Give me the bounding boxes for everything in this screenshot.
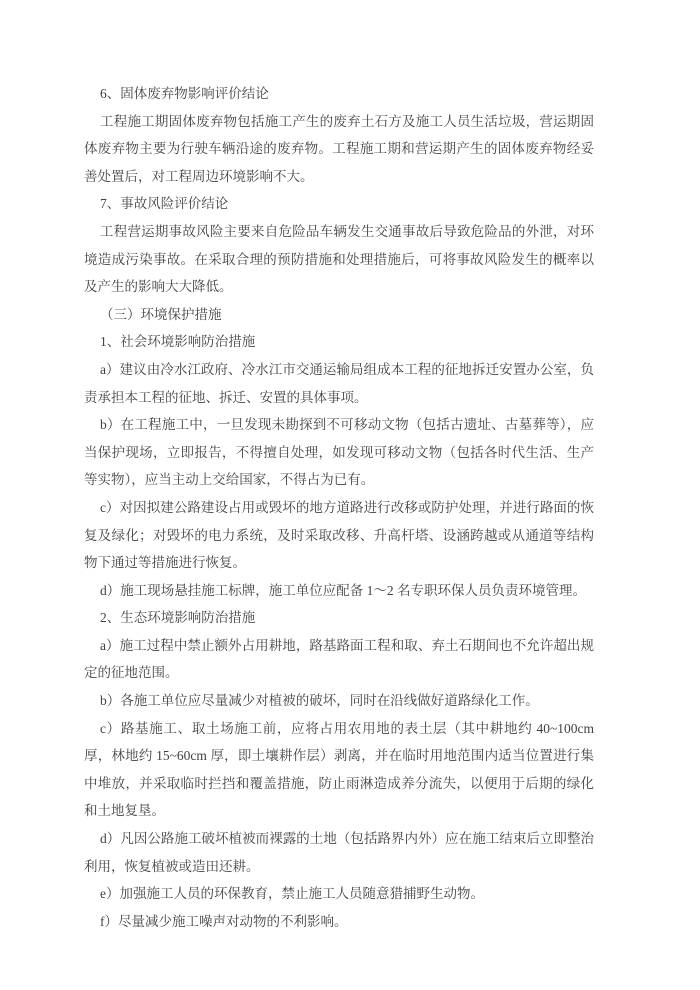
body-paragraph: d）凡因公路施工破坏植被而裸露的土地（包括路界内外）应在施工结束后立即整治利用，…	[84, 825, 594, 880]
body-paragraph: c）对因拟建公路建设占用或毁坏的地方道路进行改移或防护处理，并进行路面的恢复及绿…	[84, 494, 594, 577]
body-paragraph: b）各施工单位应尽量减少对植被的破坏，同时在沿线做好道路绿化工作。	[84, 687, 594, 715]
body-paragraph: d）施工现场悬挂施工标牌，施工单位应配备 1～2 名专职环保人员负责环境管理。	[84, 577, 594, 605]
body-paragraph: 工程营运期事故风险主要来自危险品车辆发生交通事故后导致危险品的外泄，对环境造成污…	[84, 218, 594, 301]
heading-paragraph: 7、事故风险评价结论	[84, 190, 594, 218]
heading-paragraph: 2、生态环境影响防治措施	[84, 604, 594, 632]
body-paragraph: c）路基施工、取土场施工前，应将占用农用地的表土层（其中耕地约 40~100cm…	[84, 715, 594, 825]
body-paragraph: b）在工程施工中，一旦发现未勘探到不可移动文物（包括古遗址、古墓葬等），应当保护…	[84, 411, 594, 494]
body-paragraph: a）建议由冷水江政府、冷水江市交通运输局组成本工程的征地拆迁安置办公室，负责承担…	[84, 356, 594, 411]
body-paragraph: 工程施工期固体废弃物包括施工产生的废弃土石方及施工人员生活垃圾，营运期固体废弃物…	[84, 108, 594, 191]
body-paragraph: a）施工过程中禁止额外占用耕地，路基路面工程和取、弃土石期间也不允许超出规定的征…	[84, 632, 594, 687]
document-content: 6、固体废弃物影响评价结论工程施工期固体废弃物包括施工产生的废弃土石方及施工人员…	[84, 80, 594, 935]
body-paragraph: e）加强施工人员的环保教育，禁止施工人员随意猎捕野生动物。	[84, 880, 594, 908]
heading-paragraph: 1、社会环境影响防治措施	[84, 328, 594, 356]
body-paragraph: f）尽量减少施工噪声对动物的不利影响。	[84, 908, 594, 936]
heading-paragraph: （三）环境保护措施	[84, 301, 594, 329]
heading-paragraph: 6、固体废弃物影响评价结论	[84, 80, 594, 108]
document-page: 6、固体废弃物影响评价结论工程施工期固体废弃物包括施工产生的废弃土石方及施工人员…	[0, 0, 700, 990]
